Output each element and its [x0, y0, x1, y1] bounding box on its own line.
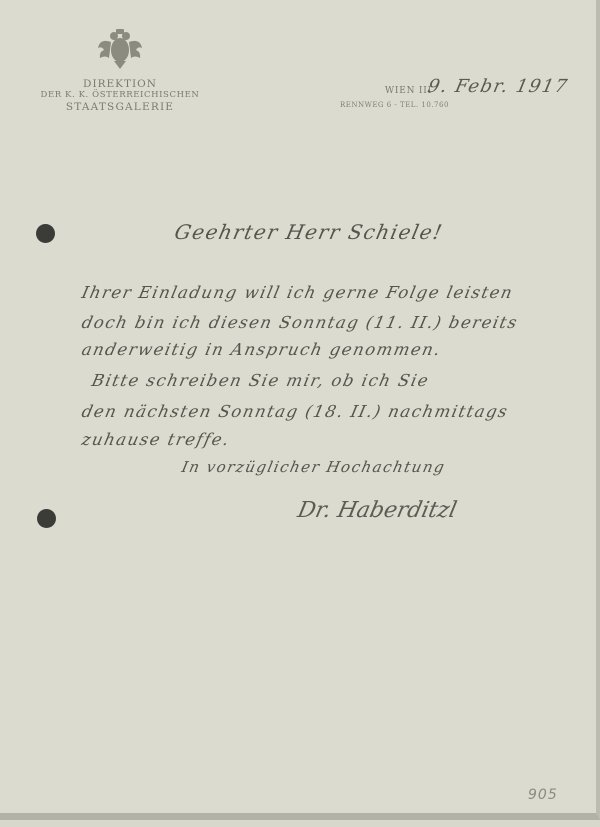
letter-body-line: zuhause treffe.	[80, 430, 232, 449]
letterhead-city: WIEN III	[340, 86, 432, 96]
letterhead-title: DIREKTION	[20, 78, 220, 90]
letter-body-line: doch bin ich diesen Sonntag (11. II.) be…	[80, 313, 520, 332]
letter-date: 9. Febr. 1917	[426, 76, 570, 97]
letter-body-line: Bitte schreiben Sie mir, ob ich Sie	[90, 371, 431, 390]
coat-of-arms-icon	[96, 28, 144, 70]
letter-body-line: den nächsten Sonntag (18. II.) nachmitta…	[80, 402, 510, 421]
archive-number: 905	[528, 787, 558, 803]
letter-greeting: Geehrter Herr Schiele!	[172, 220, 445, 244]
letterhead-street: RENNWEG 6 - TEL. 10.760	[340, 101, 449, 109]
letterhead-institution: STAATSGALERIE	[20, 101, 220, 113]
punch-hole-icon	[37, 509, 56, 528]
letter-sheet: DIREKTION DER K. K. ÖSTERREICHISCHEN STA…	[0, 0, 600, 820]
letter-signature: Dr. Haberditzl	[295, 498, 459, 523]
letterhead-subtitle: DER K. K. ÖSTERREICHISCHEN	[20, 90, 220, 101]
letter-body-line: Ihrer Einladung will ich gerne Folge lei…	[80, 283, 515, 302]
letter-closing: In vorzüglicher Hochachtung	[180, 458, 447, 476]
letterhead: DIREKTION DER K. K. ÖSTERREICHISCHEN STA…	[20, 78, 220, 113]
letterhead-address: WIEN III	[340, 86, 432, 96]
punch-hole-icon	[36, 224, 55, 243]
letter-body-line: anderweitig in Anspruch genommen.	[80, 340, 443, 359]
